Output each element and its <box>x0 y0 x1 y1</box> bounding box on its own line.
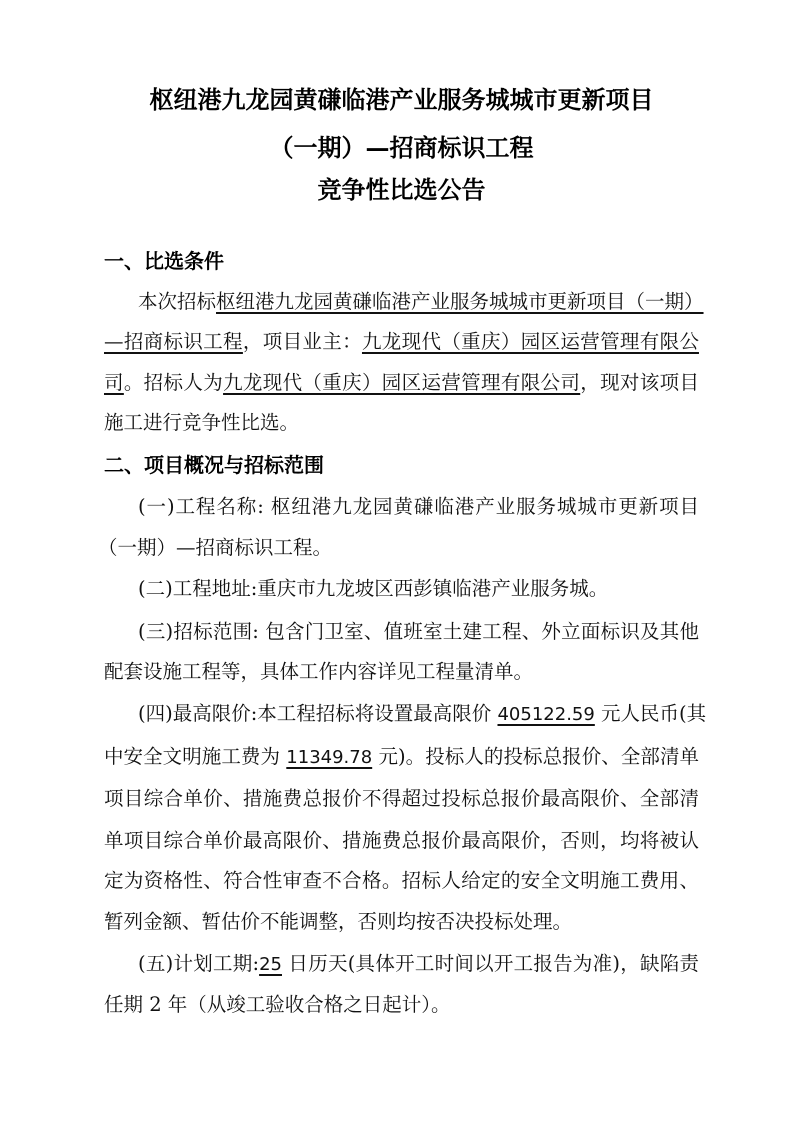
text-segment: ，现对该项目 <box>580 371 699 394</box>
document-title-line-2: （一期）—招商标识工程 <box>104 136 699 160</box>
paragraph-line: 施工进行竞争性比选。 <box>104 411 699 435</box>
text-segment: ，项目业主： <box>243 330 362 353</box>
text-segment: 本次招标 <box>138 290 216 313</box>
project-owner-underlined: 九龙现代（重庆）园区运营管理有限公 <box>362 330 699 353</box>
paragraph-line: 本次招标枢纽港九龙园黄磏临港产业服务城城市更新项目（一期） <box>104 290 699 314</box>
text-segment: 日历天(具体开工时间以开工报告为准)，缺陷责 <box>282 952 699 975</box>
text-segment: (五)计划工期: <box>138 952 259 975</box>
item-max-price-line-2: 中安全文明施工费为 11349.78 元)。投标人的投标总报价、全部清单 <box>104 745 699 770</box>
paragraph-line: 司。招标人为九龙现代（重庆）园区运营管理有限公司，现对该项目 <box>104 371 699 395</box>
project-owner-underlined-cont: 司 <box>104 371 124 394</box>
text-segment: (四)最高限价:本工程招标将设置最高限价 <box>138 702 497 725</box>
document-title-line-1: 枢纽港九龙园黄磏临港产业服务城城市更新项目 <box>104 88 699 112</box>
item-schedule-line-1: (五)计划工期:25 日历天(具体开工时间以开工报告为准)，缺陷责 <box>104 952 699 977</box>
safety-fee-value: 11349.78 <box>286 747 372 768</box>
section-heading-conditions: 一、比选条件 <box>104 250 224 272</box>
project-name-underlined: 枢纽港九龙园黄磏临港产业服务城城市更新项目（一期） <box>216 290 704 313</box>
text-segment: 元)。投标人的投标总报价、全部清单 <box>372 745 699 768</box>
project-name-underlined-cont: —招商标识工程 <box>104 330 243 353</box>
item-project-name-line-1: (一)工程名称: 枢纽港九龙园黄磏临港产业服务城城市更新项目 <box>104 495 699 519</box>
section-heading-overview: 二、项目概况与招标范围 <box>104 454 324 476</box>
max-price-value: 405122.59 <box>497 704 594 725</box>
item-project-address: (二)工程地址:重庆市九龙坡区西彭镇临港产业服务城。 <box>104 577 699 601</box>
paragraph-line: —招商标识工程，项目业主：九龙现代（重庆）园区运营管理有限公 <box>104 330 699 354</box>
item-project-name-line-2: （一期）—招商标识工程。 <box>98 536 693 560</box>
document-title-line-3: 竞争性比选公告 <box>104 178 699 202</box>
item-schedule-line-2: 任期 2 年（从竣工验收合格之日起计）。 <box>104 993 699 1017</box>
text-segment: 中安全文明施工费为 <box>104 745 286 768</box>
item-max-price-line-1: (四)最高限价:本工程招标将设置最高限价 405122.59 元人民币(其 <box>104 702 699 727</box>
tenderer-underlined: 九龙现代（重庆）园区运营管理有限公司 <box>223 371 580 394</box>
item-bid-scope-line-2: 配套设施工程等，具体工作内容详见工程量清单。 <box>104 660 699 684</box>
item-bid-scope-line-1: (三)招标范围: 包含门卫室、值班室土建工程、外立面标识及其他 <box>104 620 699 644</box>
text-segment: 元人民币(其 <box>595 702 706 725</box>
duration-value: 25 <box>259 954 282 975</box>
text-segment: 。招标人为 <box>124 371 223 394</box>
item-max-price-line-6: 暂列金额、暂估价不能调整，否则均按否决投标处理。 <box>104 910 699 934</box>
item-max-price-line-4: 单项目综合单价最高限价、措施费总报价最高限价，否则，均将被认 <box>104 829 699 853</box>
item-max-price-line-3: 项目综合单价、措施费总报价不得超过投标总报价最高限价、全部清 <box>104 787 699 811</box>
item-max-price-line-5: 定为资格性、符合性审查不合格。招标人给定的安全文明施工费用、 <box>104 869 699 893</box>
